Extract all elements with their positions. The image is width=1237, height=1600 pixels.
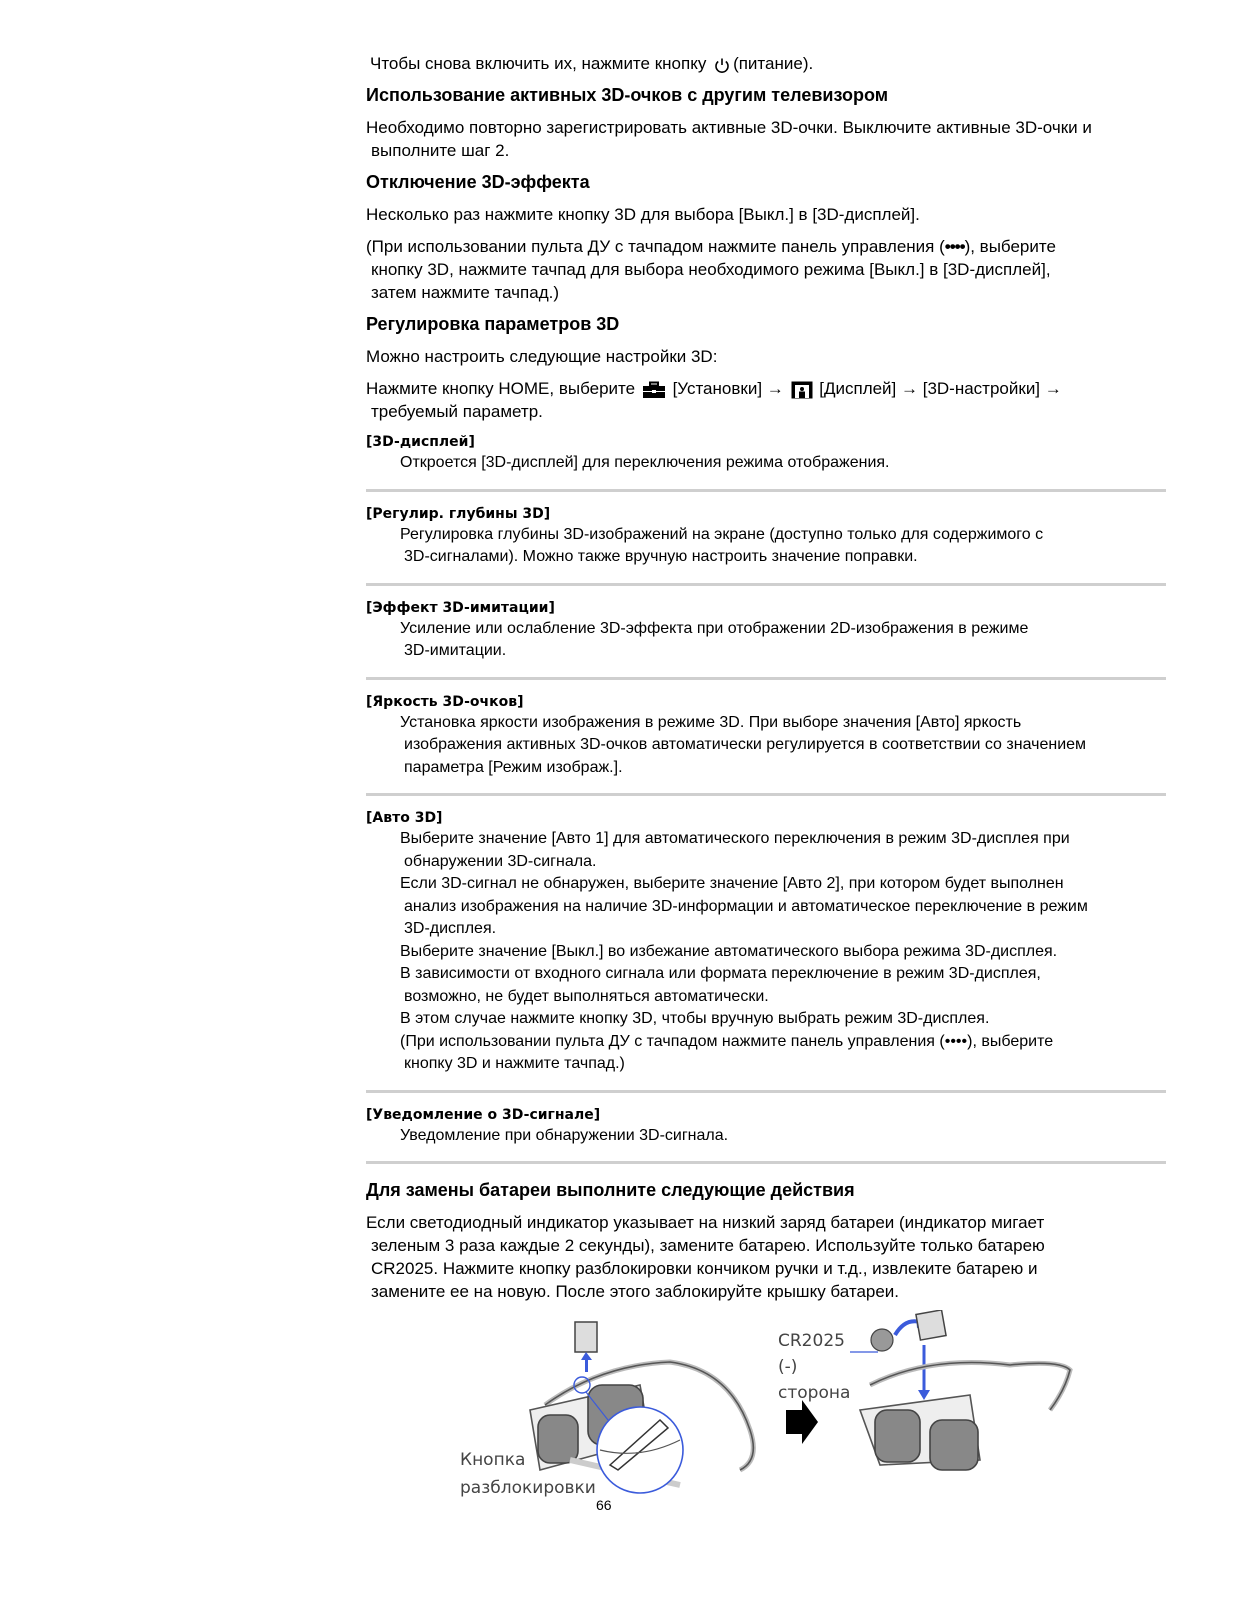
settings-item-title: [Уведомление о 3D-сигнале] [366, 1105, 1166, 1125]
description-line: изображения активных 3D-очков автоматиче… [366, 734, 1166, 757]
adjust-3d-path-2: требуемый параметр. [366, 400, 1166, 423]
settings-item: [Авто 3D]Выберите значение [Авто 1] для … [366, 808, 1166, 1076]
page-number: 66 [596, 1497, 612, 1513]
description-line: В зависимости от входного сигнала или фо… [366, 963, 1166, 986]
settings-item: [Эффект 3D-имитации]Усиление или ослабле… [366, 598, 1166, 663]
adjust-3d-body: Можно настроить следующие настройки 3D: [366, 345, 1166, 368]
battery-body-line: зеленым 3 раза каждые 2 секунды), замени… [366, 1234, 1166, 1257]
heading-adjust-3d: Регулировка параметров 3D [366, 312, 1166, 336]
settings-item-description: Установка яркости изображения в режиме 3… [366, 712, 1166, 780]
svg-text:Кнопка: Кнопка [460, 1450, 525, 1470]
settings-item: [3D-дисплей]Откроется [3D-дисплей] для п… [366, 432, 1166, 475]
description-line: анализ изображения на наличие 3D-информа… [366, 896, 1166, 919]
other-tv-body-2: выполните шаг 2. [366, 139, 1166, 162]
settings-item-title: [Авто 3D] [366, 808, 1166, 828]
battery-replacement-illustration: Кнопка разблокировки CR2025 (-) сторона [450, 1310, 1100, 1510]
settings-item-description: Уведомление при обнаружении 3D-сигнала. [366, 1125, 1166, 1148]
settings-item-description: Откроется [3D-дисплей] для переключения … [366, 452, 1166, 475]
description-line: Откроется [3D-дисплей] для переключения … [366, 452, 1166, 475]
divider [366, 489, 1166, 492]
description-line: Если 3D-сигнал не обнаружен, выберите зн… [366, 873, 1166, 896]
description-line: возможно, не будет выполняться автоматич… [366, 986, 1166, 1009]
svg-text:CR2025: CR2025 [778, 1331, 845, 1351]
settings-item: [Яркость 3D-очков]Установка яркости изоб… [366, 692, 1166, 780]
description-line: 3D-имитации. [366, 640, 1166, 663]
document-page: Чтобы снова включить их, нажмите кнопку … [366, 52, 1166, 1303]
settings-item: [Регулир. глубины 3D]Регулировка глубины… [366, 504, 1166, 569]
description-line: Установка яркости изображения в режиме 3… [366, 712, 1166, 735]
arrow-right-icon [786, 1400, 818, 1444]
settings-item-title: [Яркость 3D-очков] [366, 692, 1166, 712]
heading-disable-3d: Отключение 3D-эффекта [366, 170, 1166, 194]
battery-body-line: замените ее на новую. После этого заблок… [366, 1280, 1166, 1303]
description-line: параметра [Режим изображ.]. [366, 757, 1166, 780]
battery-body: Если светодиодный индикатор указывает на… [366, 1211, 1166, 1303]
settings-item-description: Регулировка глубины 3D-изображений на эк… [366, 524, 1166, 569]
battery-cover-icon [575, 1322, 597, 1352]
toolbox-icon [642, 381, 666, 399]
divider [366, 1090, 1166, 1093]
disable-3d-touchpad-1: (При использовании пульта ДУ с тачпадом … [366, 235, 1166, 258]
touchpad-dots-icon: •••• [945, 237, 965, 256]
battery-body-line: Если светодиодный индикатор указывает на… [366, 1211, 1166, 1234]
description-line: 3D-дисплея. [366, 918, 1166, 941]
power-icon [713, 56, 731, 74]
divider [366, 583, 1166, 586]
description-line: В этом случае нажмите кнопку 3D, чтобы в… [366, 1008, 1166, 1031]
settings-item: [Уведомление о 3D-сигнале]Уведомление пр… [366, 1105, 1166, 1148]
svg-text:разблокировки: разблокировки [460, 1478, 596, 1498]
svg-text:(-): (-) [778, 1357, 797, 1377]
description-line: кнопку 3D и нажмите тачпад.) [366, 1053, 1166, 1076]
heading-battery: Для замены батареи выполните следующие д… [366, 1178, 1166, 1202]
disable-3d-touchpad-3: затем нажмите тачпад.) [366, 281, 1166, 304]
settings-item-description: Усиление или ослабление 3D-эффекта при о… [366, 618, 1166, 663]
settings-list: [3D-дисплей]Откроется [3D-дисплей] для п… [366, 432, 1166, 1164]
coin-battery-icon [871, 1329, 893, 1351]
display-icon [791, 381, 813, 399]
description-line: Уведомление при обнаружении 3D-сигнала. [366, 1125, 1166, 1148]
settings-item-title: [Регулир. глубины 3D] [366, 504, 1166, 524]
other-tv-body-1: Необходимо повторно зарегистрировать акт… [366, 116, 1166, 139]
description-line: Регулировка глубины 3D-изображений на эк… [366, 524, 1166, 547]
settings-item-title: [Эффект 3D-имитации] [366, 598, 1166, 618]
description-line: обнаружении 3D-сигнала. [366, 851, 1166, 874]
description-line: Выберите значение [Выкл.] во избежание а… [366, 941, 1166, 964]
settings-item-title: [3D-дисплей] [366, 432, 1166, 452]
glasses-right-icon [860, 1363, 1070, 1471]
disable-3d-touchpad-2: кнопку 3D, нажмите тачпад для выбора нео… [366, 258, 1166, 281]
divider [366, 1161, 1166, 1164]
description-line: Выберите значение [Авто 1] для автоматич… [366, 828, 1166, 851]
divider [366, 793, 1166, 796]
battery-body-line: CR2025. Нажмите кнопку разблокировки кон… [366, 1257, 1166, 1280]
description-line: (При использовании пульта ДУ с тачпадом … [366, 1031, 1166, 1054]
heading-other-tv: Использование активных 3D-очков с другим… [366, 83, 1166, 107]
description-line: 3D-сигналами). Можно также вручную настр… [366, 546, 1166, 569]
description-line: Усиление или ослабление 3D-эффекта при о… [366, 618, 1166, 641]
settings-item-description: Выберите значение [Авто 1] для автоматич… [366, 828, 1166, 1076]
adjust-3d-path: Нажмите кнопку HOME, выберите [Установки… [366, 377, 1166, 400]
divider [366, 677, 1166, 680]
svg-text:сторона: сторона [778, 1383, 850, 1403]
intro-line: Чтобы снова включить их, нажмите кнопку … [366, 52, 1166, 75]
arrow-up-icon [581, 1352, 592, 1372]
disable-3d-body: Несколько раз нажмите кнопку 3D для выбо… [366, 203, 1166, 226]
